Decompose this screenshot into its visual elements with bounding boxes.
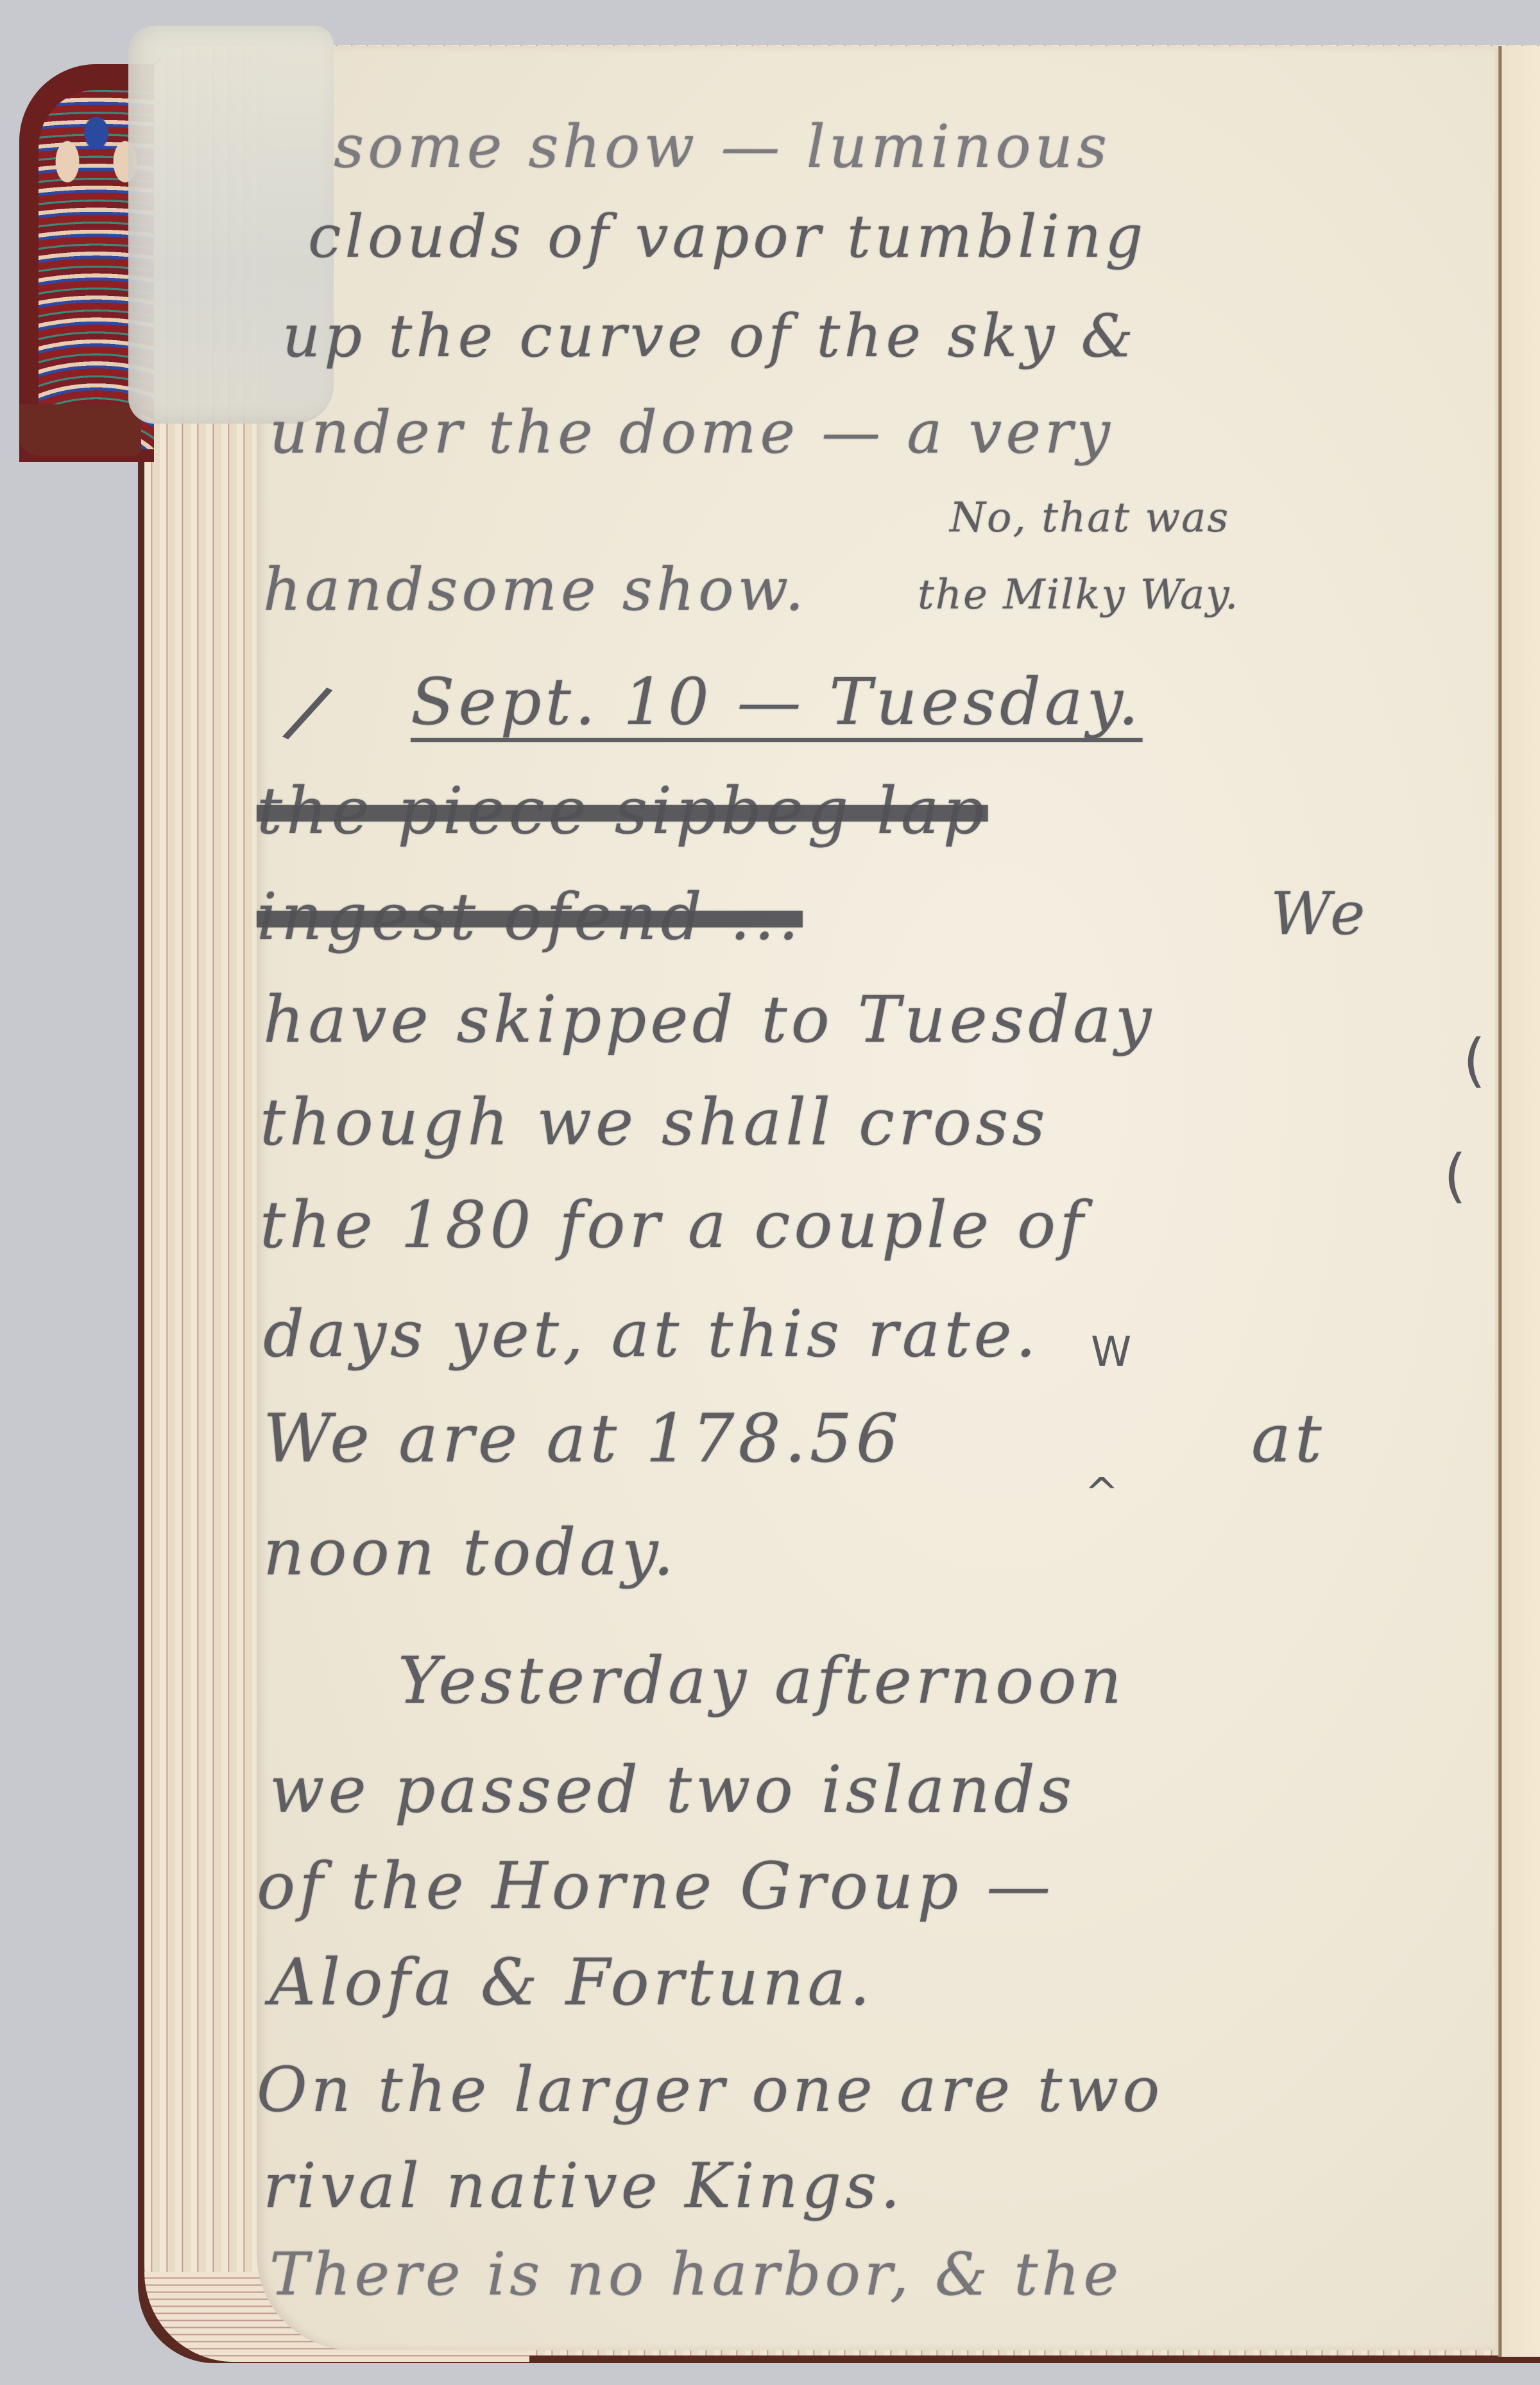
- handwriting-line: at: [1251, 1399, 1326, 1477]
- margin-paren-mark: (: [1463, 1027, 1485, 1094]
- margin-paren-mark: (: [1444, 1142, 1466, 1210]
- struck-line: the piece sipbeg lap: [257, 773, 988, 848]
- handwriting-line: There is no harbor, & the: [269, 2240, 1122, 2309]
- handwriting-line: the 180 for a couple of: [260, 1187, 1087, 1262]
- caret-mark-icon: ^: [1084, 1470, 1119, 1517]
- cover-notch: [19, 404, 141, 456]
- handwriting-line: up the curve of the sky &: [282, 302, 1137, 370]
- handwriting-line: have skipped to Tuesday: [263, 982, 1155, 1057]
- handwriting-line: handsome show.: [263, 555, 808, 624]
- handwriting-line: days yet, at this rate.: [263, 1296, 1040, 1372]
- date-heading: Sept. 10 — Tuesday.: [411, 664, 1143, 739]
- insertion-text: No, that was: [950, 494, 1229, 542]
- handwriting-line: On the larger one are two: [257, 2054, 1163, 2126]
- insertion-text: the Milky Way.: [918, 571, 1239, 619]
- handwriting-line: under the dome — a very: [269, 398, 1114, 467]
- handwriting-line: We are at 178.56: [263, 1399, 902, 1477]
- handwriting-line: Yesterday afternoon: [398, 1643, 1125, 1718]
- insertion-direction: W: [1091, 1329, 1131, 1376]
- handwriting-line: some show — luminous: [334, 112, 1111, 181]
- handwriting-line: we passed two islands: [269, 1752, 1075, 1827]
- handwriting-line: of the Horne Group —: [257, 1848, 1054, 1924]
- facing-page-edge: [1502, 46, 1540, 2357]
- handwriting-line: We: [1270, 879, 1369, 948]
- handwriting-line: clouds of vapor tumbling: [308, 202, 1147, 271]
- handwriting-line: Alofa & Fortuna.: [269, 1945, 874, 2020]
- handwriting-line: rival native Kings.: [263, 2150, 904, 2222]
- handwriting-line: though we shall cross: [260, 1085, 1049, 1160]
- struck-line: ingest ofend ...: [257, 879, 803, 954]
- handwriting-line: noon today.: [263, 1515, 678, 1590]
